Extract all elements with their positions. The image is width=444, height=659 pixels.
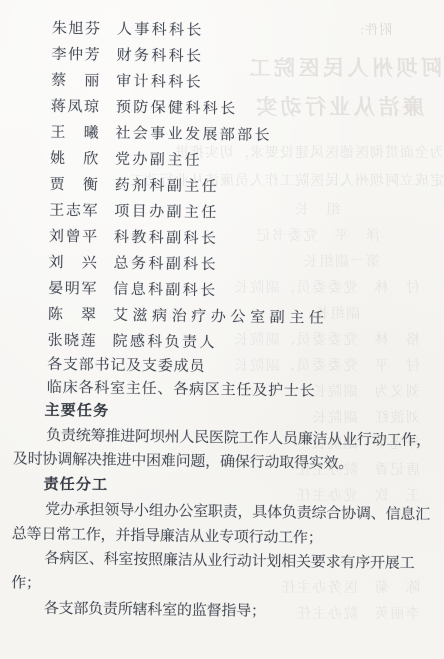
person-title: 预防保健科科长 — [116, 95, 238, 123]
person-title: 审计科科长 — [116, 69, 203, 96]
task-sections: 主要任务负责统筹推进阿坝州人民医院工作人员廉洁从业行动工作，及时协调解决推进中困… — [11, 398, 439, 626]
person-title: 院感科负责人 — [112, 329, 217, 356]
document-content: 朱旭芬人事科科长李仲芳财务科科长蔡 丽审计科科长蒋凤琼预防保健科科长王 曦社会事… — [0, 0, 444, 659]
person-name: 朱旭芬 — [52, 16, 117, 43]
person-name: 晏明军 — [48, 276, 113, 303]
person-name: 王志军 — [49, 198, 114, 225]
person-name: 张晓莲 — [47, 328, 112, 355]
person-title: 人事科科长 — [117, 17, 204, 44]
person-title: 总务科副科长 — [113, 251, 218, 278]
person-name: 姚 欣 — [50, 146, 115, 173]
person-title: 项目办副主任 — [114, 199, 219, 226]
person-title: 艾滋病治疗办公室副主任 — [113, 303, 329, 332]
person-name: 陈 翠 — [48, 302, 113, 329]
person-name: 刘曾平 — [49, 224, 114, 251]
person-title: 信息科副科长 — [113, 277, 218, 304]
person-title: 党办副主任 — [115, 147, 202, 174]
person-title: 科教科副科长 — [114, 225, 219, 252]
person-name: 王 曦 — [50, 120, 115, 147]
person-title: 社会事业发展部部长 — [115, 121, 272, 149]
person-name: 李仲芳 — [51, 42, 116, 69]
person-name: 贾 衡 — [50, 172, 115, 199]
scanned-document-page: 附件: 阿坝州人民医院工廉洁从业行动实为全面贯彻医德医风建设要求，切实推进定成立… — [0, 0, 444, 659]
person-title: 财务科科长 — [116, 43, 203, 70]
person-name: 蔡 丽 — [51, 68, 116, 95]
person-name: 刘 兴 — [48, 250, 113, 277]
person-name: 蒋凤琼 — [51, 94, 116, 121]
body-text-line: 各支部负责所辖科室的监督指导； — [11, 596, 436, 627]
member-lines: 各支部书记及支委成员临床各科室主任、各病区主任及护士长 — [14, 353, 440, 404]
person-title: 药剂科副主任 — [115, 173, 220, 200]
roster-list: 朱旭芬人事科科长李仲芳财务科科长蔡 丽审计科科长蒋凤琼预防保健科科长王 曦社会事… — [14, 15, 444, 359]
